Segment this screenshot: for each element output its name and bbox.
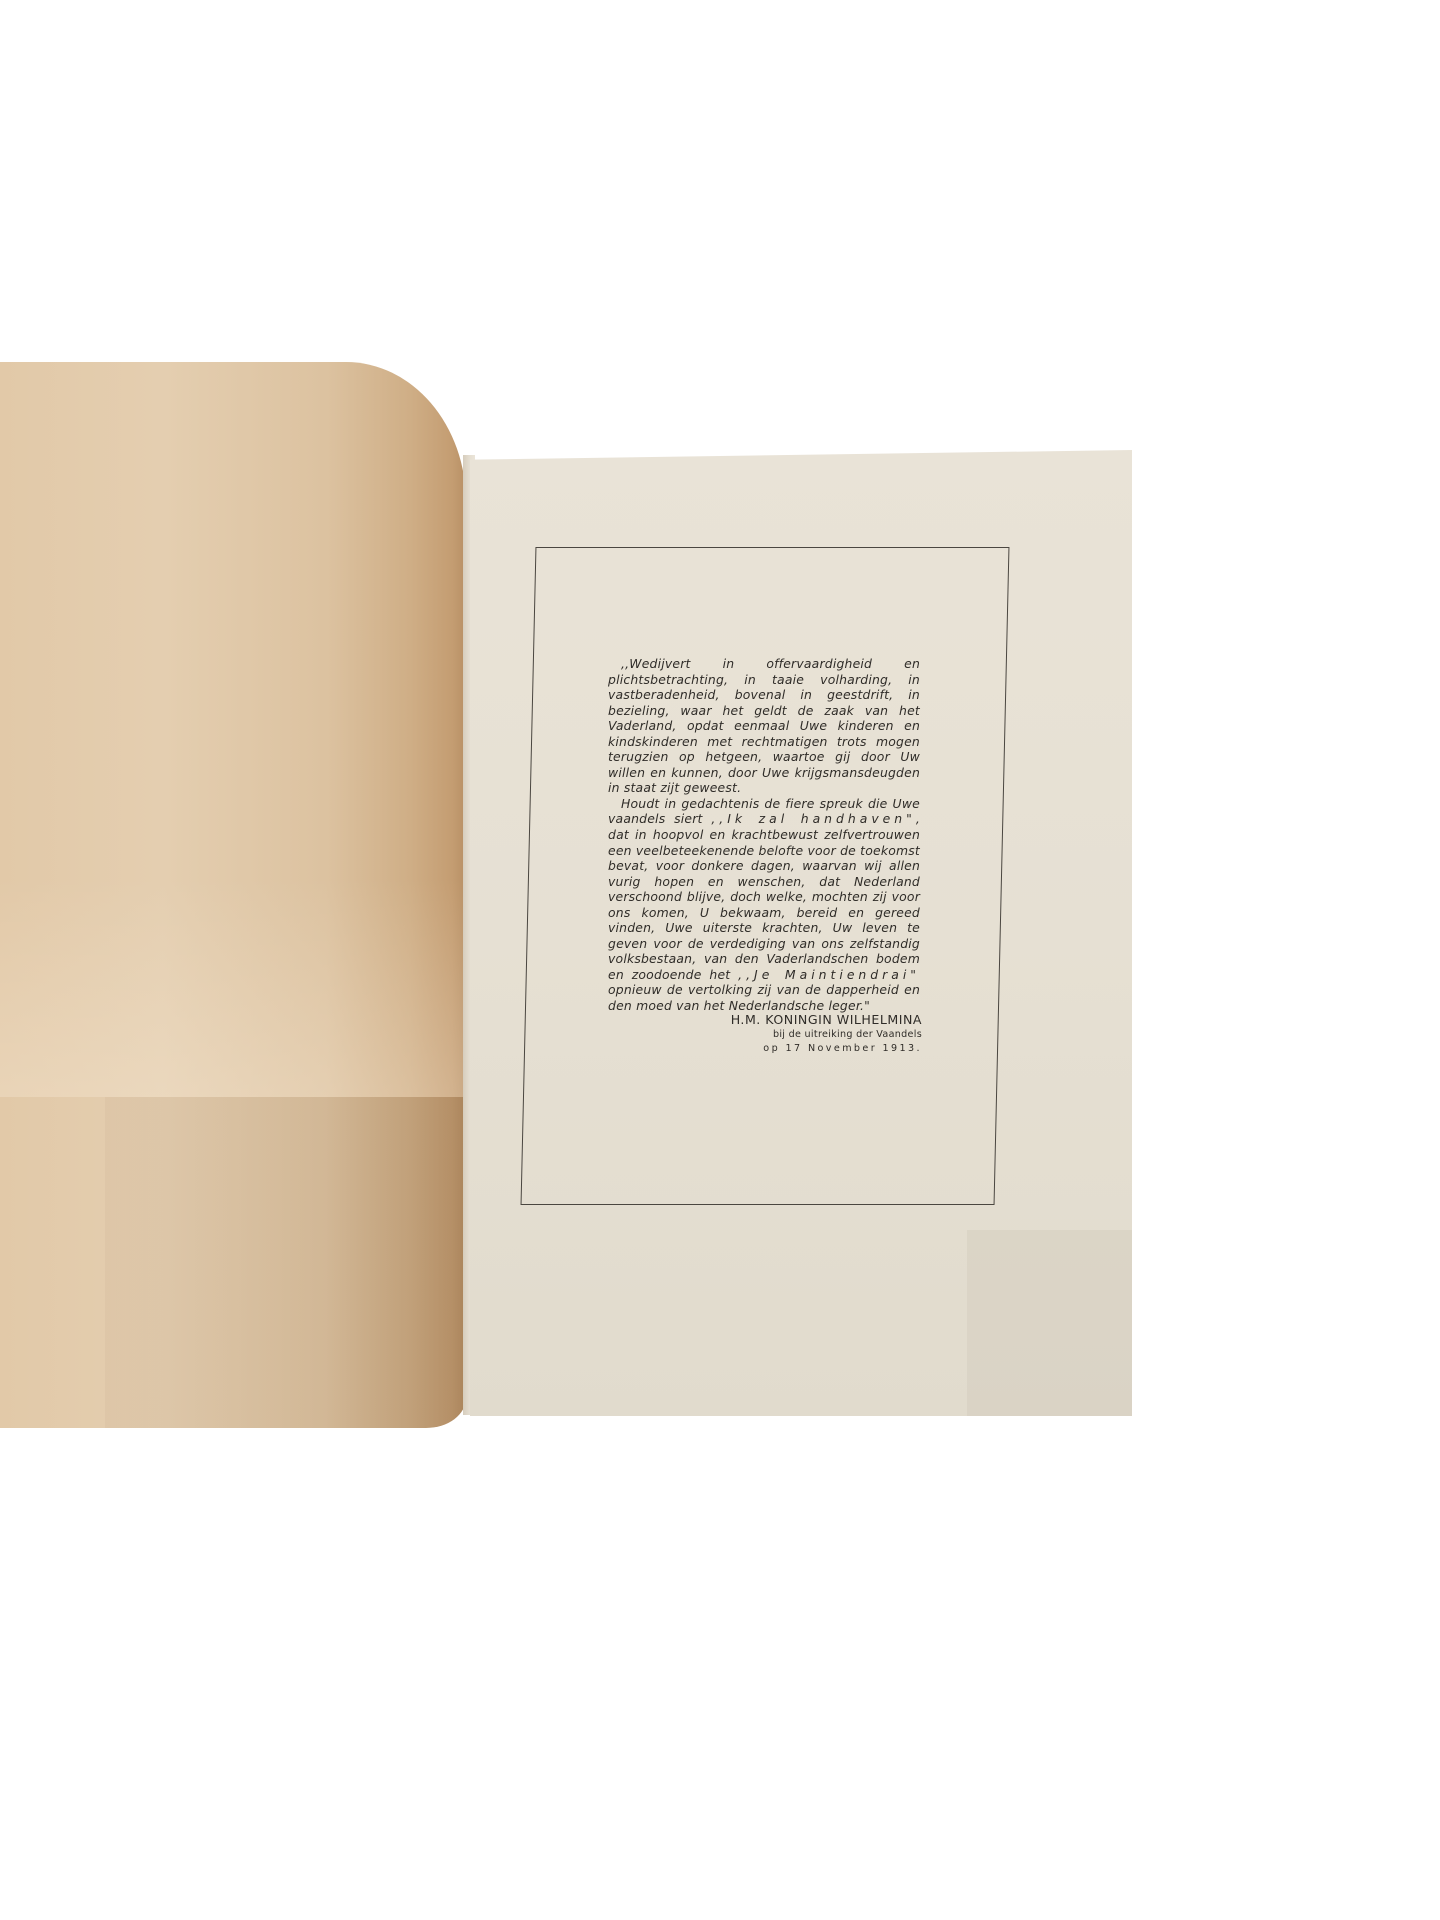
motto-ik-zal-handhaven: ,,Ik zal handhaven" bbox=[711, 811, 916, 826]
signature-name: H.M. KONINGIN WILHELMINA bbox=[640, 1012, 922, 1028]
quote-paragraph-2-part-b: , dat in hoopvol en krachtbewust zelfver… bbox=[608, 811, 920, 981]
signature-block: H.M. KONINGIN WILHELMINA bij de uitreiki… bbox=[640, 1012, 922, 1056]
quote-paragraph-1: ,,Wedijvert in offervaardigheid en plich… bbox=[608, 656, 920, 796]
left-page bbox=[0, 362, 466, 1428]
right-page-shadow bbox=[967, 1230, 1132, 1416]
quote-paragraph-2: Houdt in gedachtenis de fiere spreuk die… bbox=[608, 796, 920, 1014]
signature-occasion: bij de uitreiking der Vaandels bbox=[640, 1028, 922, 1042]
left-page-shadow bbox=[105, 1097, 466, 1428]
left-page-sheen bbox=[0, 362, 466, 1097]
signature-date: op 17 November 1913. bbox=[640, 1042, 922, 1056]
quotation-block: ,,Wedijvert in offervaardigheid en plich… bbox=[608, 656, 920, 1014]
quote-paragraph-2-part-c: opnieuw de vertolking zij van de dapperh… bbox=[608, 982, 920, 1013]
motto-je-maintiendrai: ,,Je Maintiendrai" bbox=[738, 967, 920, 982]
